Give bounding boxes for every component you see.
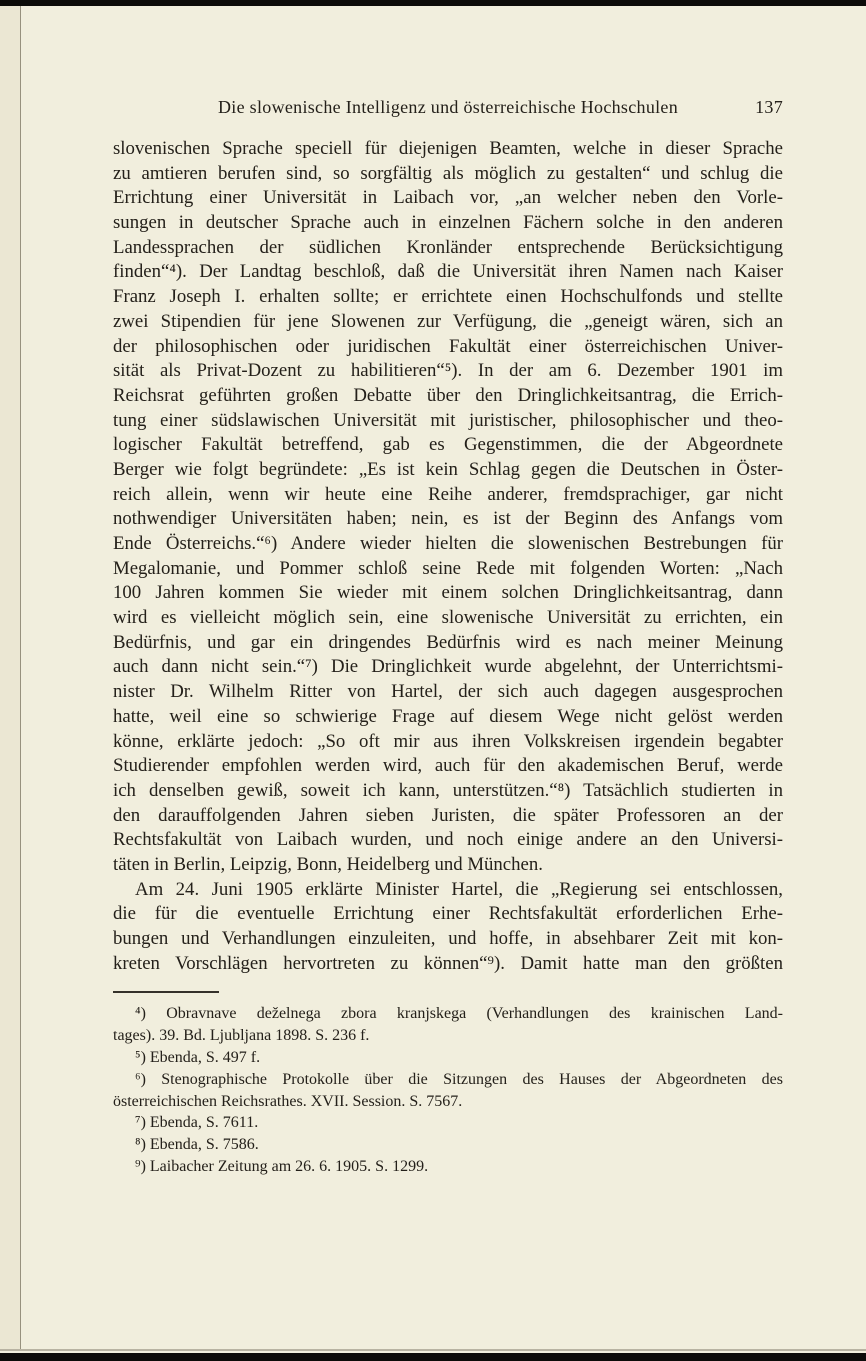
body-line: Rechtsfakultät von Laibach wurden, und n… (113, 828, 783, 853)
body-line: zwei Stipendien für jene Slowenen zur Ve… (113, 310, 783, 335)
body-line: könne, erklärte jedoch: „So oft mir aus … (113, 730, 783, 755)
body-line: wird es vielleicht möglich sein, eine sl… (113, 606, 783, 631)
body-line: Bedürfnis, und gar ein dringendes Bedürf… (113, 631, 783, 656)
body-line: Berger wie folgt begründete: „Es ist kei… (113, 458, 783, 483)
body-line: nister Dr. Wilhelm Ritter von Hartel, de… (113, 680, 783, 705)
body-line: Studierender empfohlen werden wird, auch… (113, 754, 783, 779)
body-line: bungen und Verhandlungen einzuleiten, un… (113, 927, 783, 952)
footnote-line: ⁵) Ebenda, S. 497 f. (113, 1047, 783, 1069)
footnotes-block: ⁴) Obravnave deželnega zbora kranjskega … (113, 1003, 783, 1178)
body-line: logischer Fakultät betreffend, gab es Ge… (113, 433, 783, 458)
body-line: hatte, weil eine so schwierige Frage auf… (113, 705, 783, 730)
body-line: zu amtieren berufen sind, so sorgfältig … (113, 162, 783, 187)
body-line: 100 Jahren kommen Sie wieder mit einem s… (113, 581, 783, 606)
body-line: Am 24. Juni 1905 erklärte Minister Harte… (113, 878, 783, 903)
page-gutter-margin (0, 6, 20, 1349)
footnote-line: ⁹) Laibacher Zeitung am 26. 6. 1905. S. … (113, 1156, 783, 1178)
page-number: 137 (755, 97, 783, 118)
body-line: sität als Privat-Dozent zu habilitieren“… (113, 359, 783, 384)
scan-top-bar (0, 0, 866, 6)
body-line: der philosophischen oder juridischen Fak… (113, 335, 783, 360)
footnote-line: ⁸) Ebenda, S. 7586. (113, 1134, 783, 1156)
running-header: Die slowenische Intelligenz und österrei… (113, 97, 783, 123)
footnote-line: ⁷) Ebenda, S. 7611. (113, 1112, 783, 1134)
body-line: die für die eventuelle Errichtung einer … (113, 902, 783, 927)
footnote-separator-rule (113, 991, 219, 993)
body-line: Megalomanie, und Pommer schloß seine Red… (113, 557, 783, 582)
body-line: Errichtung einer Universität in Laibach … (113, 186, 783, 211)
footnote-line: tages). 39. Bd. Ljubljana 1898. S. 236 f… (113, 1025, 783, 1047)
footnote-line: österreichischen Reichsrathes. XVII. Ses… (113, 1091, 783, 1113)
body-line: nothwendiger Universitäten haben; nein, … (113, 507, 783, 532)
body-line: auch dann nicht sein.“⁷) Die Dringlichke… (113, 655, 783, 680)
footnote-line: ⁶) Stenographische Protokolle über die S… (113, 1069, 783, 1091)
body-line: ich denselben gewiß, soweit ich kann, un… (113, 779, 783, 804)
scanned-book-page: Die slowenische Intelligenz und österrei… (0, 0, 866, 1361)
body-line: den darauffolgenden Jahren sieben Jurist… (113, 804, 783, 829)
running-header-title: Die slowenische Intelligenz und österrei… (113, 97, 783, 118)
page-crease-line (20, 6, 21, 1349)
body-line: Landessprachen der südlichen Kronländer … (113, 236, 783, 261)
body-line: Reichsrat geführten großen Debatte über … (113, 384, 783, 409)
body-line: tung einer südslawischen Universität mit… (113, 409, 783, 434)
body-line: Ende Österreichs.“⁶) Andere wieder hielt… (113, 532, 783, 557)
body-line: sungen in deutscher Sprache auch in einz… (113, 211, 783, 236)
body-text-block: slovenischen Sprache speciell für diejen… (113, 137, 783, 976)
body-line: kreten Vorschlägen hervortreten zu könne… (113, 952, 783, 977)
body-line: finden“⁴). Der Landtag beschloß, daß die… (113, 260, 783, 285)
body-line: reich allein, wenn wir heute eine Reihe … (113, 483, 783, 508)
scan-bottom-bar (0, 1353, 866, 1361)
body-line: slovenischen Sprache speciell für diejen… (113, 137, 783, 162)
scan-bottom-hairline (0, 1349, 866, 1351)
body-line: Franz Joseph I. erhalten sollte; er erri… (113, 285, 783, 310)
body-line: täten in Berlin, Leipzig, Bonn, Heidelbe… (113, 853, 783, 878)
footnote-line: ⁴) Obravnave deželnega zbora kranjskega … (113, 1003, 783, 1025)
